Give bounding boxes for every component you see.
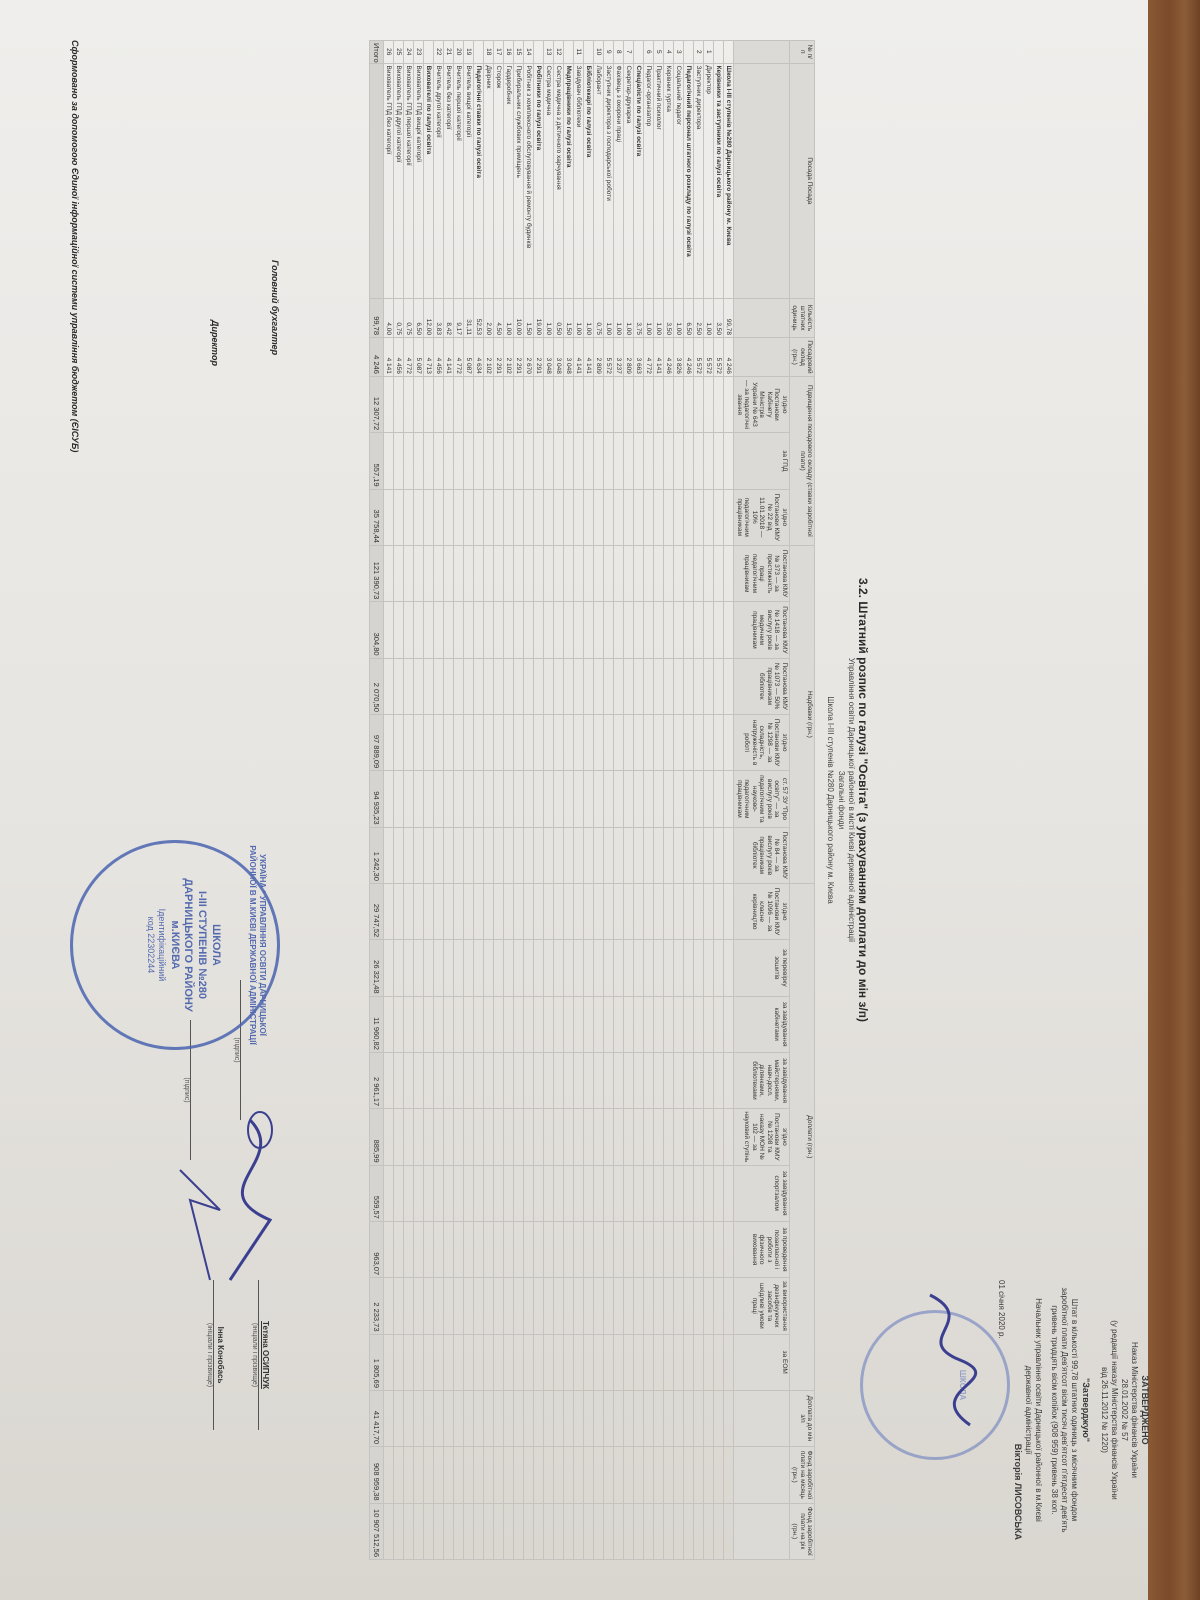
cell-salary: 3 048	[564, 338, 574, 377]
cell-amount	[404, 940, 414, 996]
name-caption: (ініціали і прізвище)	[206, 1280, 214, 1430]
cell-amount	[624, 996, 634, 1052]
cell-amount	[554, 545, 564, 601]
approval-heading: ЗАТВЕРДЖЕНО	[1139, 1280, 1150, 1540]
cell-amount	[614, 827, 624, 883]
cell-amount	[654, 1109, 664, 1165]
cell-salary: 4 141	[654, 338, 664, 377]
cell-amount	[564, 545, 574, 601]
cell-amount	[514, 883, 524, 939]
cell-amount	[414, 996, 424, 1052]
cell-amount	[554, 1165, 564, 1221]
cell-units: 1,00	[674, 299, 684, 338]
cell-amount	[534, 433, 544, 489]
cell-amount	[574, 1503, 584, 1559]
table-row: 19Вчитель вищої категорії31,115 087	[464, 41, 474, 1560]
cell-amount	[504, 1390, 514, 1446]
cell-units: 4,50	[494, 299, 504, 338]
cell-amount	[484, 883, 494, 939]
cell-amount	[564, 1390, 574, 1446]
cell-amount	[484, 1334, 494, 1390]
cell-amount	[444, 1109, 454, 1165]
cell-amount	[664, 602, 674, 658]
cell-amount	[694, 489, 704, 545]
table-row: Медпрацівники по галузі освіта1,503 048	[564, 41, 574, 1560]
cell-amount	[594, 489, 604, 545]
cell-amount	[574, 771, 584, 827]
cell-amount	[574, 1165, 584, 1221]
cell-amount	[694, 1503, 704, 1559]
stamp-line: м.КИЄВА	[167, 843, 181, 1047]
name-caption: (ініціали і прізвище)	[251, 1280, 259, 1430]
table-row: 26Вихователь ГПД без категорії4,004 141	[384, 41, 394, 1560]
cell-amount	[684, 602, 694, 658]
cell-amount	[554, 1278, 564, 1334]
cell-amount	[644, 714, 654, 770]
cell-amount	[714, 1109, 724, 1165]
cell-amount	[464, 827, 474, 883]
cell-amount	[544, 1221, 554, 1277]
approval-order-line: (у редакції наказу Міністерства фінансів…	[1109, 1280, 1119, 1540]
cell-amount	[604, 489, 614, 545]
cell-nr: 19	[464, 41, 474, 64]
approver-org: Начальник управління освіти Дарницької р…	[1024, 1280, 1044, 1540]
cell-amount	[414, 883, 424, 939]
cell-amount	[664, 1503, 674, 1559]
cell-amount	[434, 1278, 444, 1334]
cell-amount	[664, 1109, 674, 1165]
cell-units: 0,50	[554, 299, 564, 338]
stamp-line: І-ІІІ СТУПЕНІВ №280	[195, 843, 209, 1047]
cell-amount	[634, 545, 644, 601]
cell-units: 1,00	[584, 299, 594, 338]
total-spacer	[370, 63, 384, 299]
cell-units: 3,50	[664, 299, 674, 338]
cell-nr: 11	[574, 41, 584, 64]
cell-amount	[404, 1221, 414, 1277]
cell-amount	[464, 376, 474, 432]
cell-salary: 4 141	[574, 338, 584, 377]
cell-amount	[724, 771, 734, 827]
cell-name: Вихователь ГПД першої категорії	[404, 63, 414, 299]
cell-amount	[404, 1109, 414, 1165]
cell-amount	[484, 996, 494, 1052]
cell-amount	[604, 1390, 614, 1446]
cell-amount	[414, 1165, 424, 1221]
cell-amount	[504, 827, 514, 883]
cell-units: 1,00	[644, 299, 654, 338]
table-row: 16Гардеробник1,002 102	[504, 41, 514, 1560]
cell-amount	[674, 489, 684, 545]
cell-amount	[614, 1165, 624, 1221]
cell-amount	[654, 489, 664, 545]
cell-amount	[384, 1221, 394, 1277]
cell-nr: 3	[674, 41, 684, 64]
cell-amount	[694, 545, 704, 601]
cell-amount	[624, 940, 634, 996]
cell-amount	[484, 771, 494, 827]
cell-amount	[664, 489, 674, 545]
cell-amount	[394, 1278, 404, 1334]
cell-amount	[644, 433, 654, 489]
cell-amount	[474, 827, 484, 883]
cell-salary: 3 048	[544, 338, 554, 377]
cell-amount	[394, 1390, 404, 1446]
cell-name: Вчитель без категорії	[444, 63, 454, 299]
cell-amount	[654, 883, 664, 939]
cell-amount	[704, 1165, 714, 1221]
cell-amount	[404, 1278, 414, 1334]
director-name: Інна Конобась	[216, 1280, 225, 1430]
cell-amount	[574, 1278, 584, 1334]
total-units: 99,78	[370, 299, 384, 338]
cell-amount	[644, 771, 654, 827]
cell-amount	[424, 1334, 434, 1390]
cell-name: Прибиральник службових приміщень	[514, 63, 524, 299]
cell-amount	[614, 1109, 624, 1165]
cell-amount	[454, 827, 464, 883]
cell-amount	[404, 714, 414, 770]
cell-amount	[674, 1447, 684, 1503]
cell-amount	[554, 714, 564, 770]
cell-units: 1,00	[604, 299, 614, 338]
cell-amount	[444, 1278, 454, 1334]
cell-amount	[394, 996, 404, 1052]
cell-amount	[724, 940, 734, 996]
cell-amount	[564, 714, 574, 770]
header-allowances: Надбавки (грн.)	[789, 545, 814, 883]
cell-amount	[464, 1334, 474, 1390]
cell-amount	[514, 1278, 524, 1334]
cell-amount	[704, 996, 714, 1052]
cell-amount	[474, 1221, 484, 1277]
cell-amount	[524, 1109, 534, 1165]
cell-amount	[384, 1503, 394, 1559]
cell-amount	[474, 883, 484, 939]
cell-nr: 13	[544, 41, 554, 64]
cell-amount	[604, 883, 614, 939]
cell-amount	[684, 1221, 694, 1277]
stamp-ring-text: УКРАЇНА * УПРАВЛІННЯ ОСВІТИ ДАРНИЦЬКОЇ Р…	[247, 843, 267, 1047]
cell-amount	[614, 1447, 624, 1503]
cell-amount	[724, 602, 734, 658]
cell-amount	[694, 1109, 704, 1165]
cell-amount	[624, 602, 634, 658]
total-row: Итого99,784 24612 307,72557,1935 758,441…	[370, 41, 384, 1560]
cell-amount	[504, 602, 514, 658]
cell-units: 1,00	[624, 299, 634, 338]
cell-amount	[684, 1503, 694, 1559]
cell-units: 3,75	[634, 299, 644, 338]
cell-amount	[424, 1278, 434, 1334]
cell-amount	[664, 714, 674, 770]
cell-amount	[494, 714, 504, 770]
cell-amount	[624, 1278, 634, 1334]
cell-amount	[714, 1052, 724, 1108]
approve-text: Штат в кількості 99,78 штатних одиниць з…	[1050, 1280, 1080, 1540]
cell-amount	[574, 1334, 584, 1390]
cell-amount	[504, 489, 514, 545]
cell-amount	[574, 658, 584, 714]
cell-amount	[624, 376, 634, 432]
cell-salary: 4 772	[404, 338, 414, 377]
table-row: 9Заступник директора з господарської роб…	[604, 41, 614, 1560]
cell-amount	[494, 602, 504, 658]
cell-amount	[634, 1503, 644, 1559]
cell-amount	[564, 1334, 574, 1390]
cell-amount	[524, 489, 534, 545]
cell-amount	[454, 1447, 464, 1503]
cell-amount	[594, 1503, 604, 1559]
cell-amount	[434, 376, 444, 432]
cell-amount	[434, 827, 444, 883]
cell-amount	[474, 1052, 484, 1108]
cell-salary: 4 141	[584, 338, 594, 377]
subheader-cell: за ЕОМ	[734, 1334, 789, 1390]
cell-amount	[424, 602, 434, 658]
cell-amount	[524, 433, 534, 489]
cell-amount	[464, 1278, 474, 1334]
cell-amount	[514, 1390, 524, 1446]
cell-units: 0,75	[404, 299, 414, 338]
cell-amount	[394, 1052, 404, 1108]
cell-units: 0,75	[594, 299, 604, 338]
cell-amount	[584, 433, 594, 489]
staffing-document: ЗАТВЕРДЖЕНО Наказ Міністерства фінансів …	[50, 20, 1160, 1580]
cell-amount	[514, 1334, 524, 1390]
cell-units: 19,00	[534, 299, 544, 338]
cell-amount	[574, 545, 584, 601]
cell-amount	[514, 658, 524, 714]
cell-amount	[524, 1278, 534, 1334]
approval-order-line: Наказ Міністерства фінансів України	[1129, 1280, 1139, 1540]
cell-amount	[414, 940, 424, 996]
cell-amount	[464, 1447, 474, 1503]
cell-units: 3,83	[434, 299, 444, 338]
cell-amount	[394, 1447, 404, 1503]
table-row: 8Фахівець з охорони праці1,003 237	[614, 41, 624, 1560]
table-row: 24Вихователь ГПД першої категорії0,754 7…	[404, 41, 414, 1560]
total-value: 557,19	[370, 433, 384, 489]
cell-amount	[414, 1334, 424, 1390]
cell-amount	[534, 1503, 544, 1559]
cell-amount	[474, 433, 484, 489]
cell-amount	[524, 996, 534, 1052]
cell-amount	[714, 1278, 724, 1334]
table-row: 23Вихователь ГПД вищої категорії6,505 08…	[414, 41, 424, 1560]
cell-amount	[384, 376, 394, 432]
cell-amount	[674, 996, 684, 1052]
cell-amount	[414, 827, 424, 883]
cell-amount	[624, 1165, 634, 1221]
cell-amount	[464, 1503, 474, 1559]
cell-name: Вихователь ГПД другої категорії	[394, 63, 404, 299]
cell-nr: 25	[394, 41, 404, 64]
cell-amount	[424, 996, 434, 1052]
cell-nr: 23	[414, 41, 424, 64]
cell-amount	[434, 433, 444, 489]
cell-amount	[684, 1052, 694, 1108]
cell-amount	[674, 658, 684, 714]
header-annual-fund: Фонд заробітної плати на рік (грн.)	[789, 1503, 814, 1559]
cell-amount	[564, 1503, 574, 1559]
cell-amount	[404, 489, 414, 545]
cell-amount	[414, 1221, 424, 1277]
cell-amount	[444, 1503, 454, 1559]
cell-amount	[644, 1278, 654, 1334]
cell-amount	[644, 489, 654, 545]
cell-amount	[554, 376, 564, 432]
cell-salary: 5 572	[714, 338, 724, 377]
cell-amount	[674, 1334, 684, 1390]
cell-name: Сторож	[494, 63, 504, 299]
cell-amount	[464, 658, 474, 714]
cell-salary: 2 102	[484, 338, 494, 377]
cell-name: Заступник директора з господарської робо…	[604, 63, 614, 299]
cell-amount	[634, 1165, 644, 1221]
cell-amount	[644, 1221, 654, 1277]
cell-amount	[384, 1109, 394, 1165]
cell-amount	[704, 1390, 714, 1446]
cell-amount	[564, 1052, 574, 1108]
cell-amount	[724, 1165, 734, 1221]
cell-amount	[394, 1165, 404, 1221]
cell-amount	[494, 433, 504, 489]
cell-amount	[544, 1278, 554, 1334]
cell-name: Завідувач бібліотеки	[574, 63, 584, 299]
cell-amount	[434, 1165, 444, 1221]
cell-amount	[594, 996, 604, 1052]
cell-amount	[424, 376, 434, 432]
cell-amount	[674, 940, 684, 996]
cell-amount	[404, 1390, 414, 1446]
cell-amount	[384, 827, 394, 883]
cell-amount	[474, 545, 484, 601]
cell-amount	[494, 1503, 504, 1559]
cell-amount	[474, 1278, 484, 1334]
cell-amount	[724, 1109, 734, 1165]
cell-amount	[584, 771, 594, 827]
cell-amount	[534, 1109, 544, 1165]
cell-amount	[684, 1109, 694, 1165]
cell-name: Педагогічний персонал штатного розкладу …	[684, 63, 694, 299]
cell-amount	[534, 602, 544, 658]
cell-amount	[534, 883, 544, 939]
cell-amount	[424, 1109, 434, 1165]
cell-amount	[584, 658, 594, 714]
cell-amount	[574, 1221, 584, 1277]
cell-amount	[494, 996, 504, 1052]
total-value: 26 321,48	[370, 940, 384, 996]
cell-amount	[464, 1052, 474, 1108]
cell-amount	[454, 1278, 464, 1334]
cell-amount	[554, 1390, 564, 1446]
cell-amount	[394, 1221, 404, 1277]
cell-amount	[444, 489, 454, 545]
cell-amount	[614, 1503, 624, 1559]
cell-amount	[434, 602, 444, 658]
cell-amount	[504, 996, 514, 1052]
cell-amount	[584, 545, 594, 601]
cell-salary: 3 663	[634, 338, 644, 377]
cell-amount	[414, 658, 424, 714]
table-row: 25Вихователь ГПД другої категорії0,754 4…	[394, 41, 404, 1560]
approver-name: Вікторія ЛИСОВСЬКА	[1012, 1280, 1023, 1540]
cell-amount	[674, 1109, 684, 1165]
cell-amount	[554, 883, 564, 939]
total-value: 963,07	[370, 1221, 384, 1277]
cell-amount	[584, 1447, 594, 1503]
cell-amount	[424, 1503, 434, 1559]
cell-amount	[694, 883, 704, 939]
cell-amount	[724, 996, 734, 1052]
cell-units: 10,00	[514, 299, 524, 338]
cell-amount	[444, 658, 454, 714]
cell-amount	[714, 489, 724, 545]
cell-amount	[514, 602, 524, 658]
cell-salary: 2 291	[534, 338, 544, 377]
cell-amount	[674, 1503, 684, 1559]
cell-amount	[394, 1109, 404, 1165]
cell-amount	[404, 1052, 414, 1108]
cell-amount	[684, 658, 694, 714]
cell-amount	[634, 827, 644, 883]
cell-units: 1,50	[524, 299, 534, 338]
cell-amount	[614, 433, 624, 489]
cell-amount	[584, 827, 594, 883]
cell-amount	[674, 1278, 684, 1334]
cell-amount	[664, 771, 674, 827]
table-row: 18Двірник2,002 102	[484, 41, 494, 1560]
cell-amount	[384, 1447, 394, 1503]
cell-amount	[514, 940, 524, 996]
cell-nr: 22	[434, 41, 444, 64]
cell-units: 6,50	[414, 299, 424, 338]
cell-amount	[574, 940, 584, 996]
cell-amount	[514, 714, 524, 770]
total-value: 304,80	[370, 602, 384, 658]
cell-amount	[504, 658, 514, 714]
cell-amount	[404, 602, 414, 658]
cell-units: 9,17	[454, 299, 464, 338]
cell-amount	[514, 1447, 524, 1503]
cell-amount	[504, 771, 514, 827]
cell-amount	[394, 1503, 404, 1559]
cell-amount	[634, 1447, 644, 1503]
cell-amount	[714, 996, 724, 1052]
table-row: Спеціалісти по галузі освіта3,753 663	[634, 41, 644, 1560]
cell-salary: 5 572	[604, 338, 614, 377]
cell-amount	[414, 376, 424, 432]
cell-amount	[624, 1109, 634, 1165]
cell-amount	[634, 771, 644, 827]
cell-amount	[604, 602, 614, 658]
cell-amount	[634, 489, 644, 545]
subheader-cell: за використання дезінфікуючих засобів та…	[734, 1278, 789, 1334]
total-value: 2 233,73	[370, 1278, 384, 1334]
cell-amount	[524, 1052, 534, 1108]
cell-amount	[584, 1052, 594, 1108]
cell-salary: 2 809	[624, 338, 634, 377]
total-value: 41 417,70	[370, 1390, 384, 1446]
cell-units: 6,50	[684, 299, 694, 338]
cell-amount	[454, 376, 464, 432]
cell-amount	[394, 771, 404, 827]
cell-units: 0,75	[394, 299, 404, 338]
cell-amount	[644, 1390, 654, 1446]
cell-amount	[424, 1221, 434, 1277]
cell-amount	[724, 1390, 734, 1446]
